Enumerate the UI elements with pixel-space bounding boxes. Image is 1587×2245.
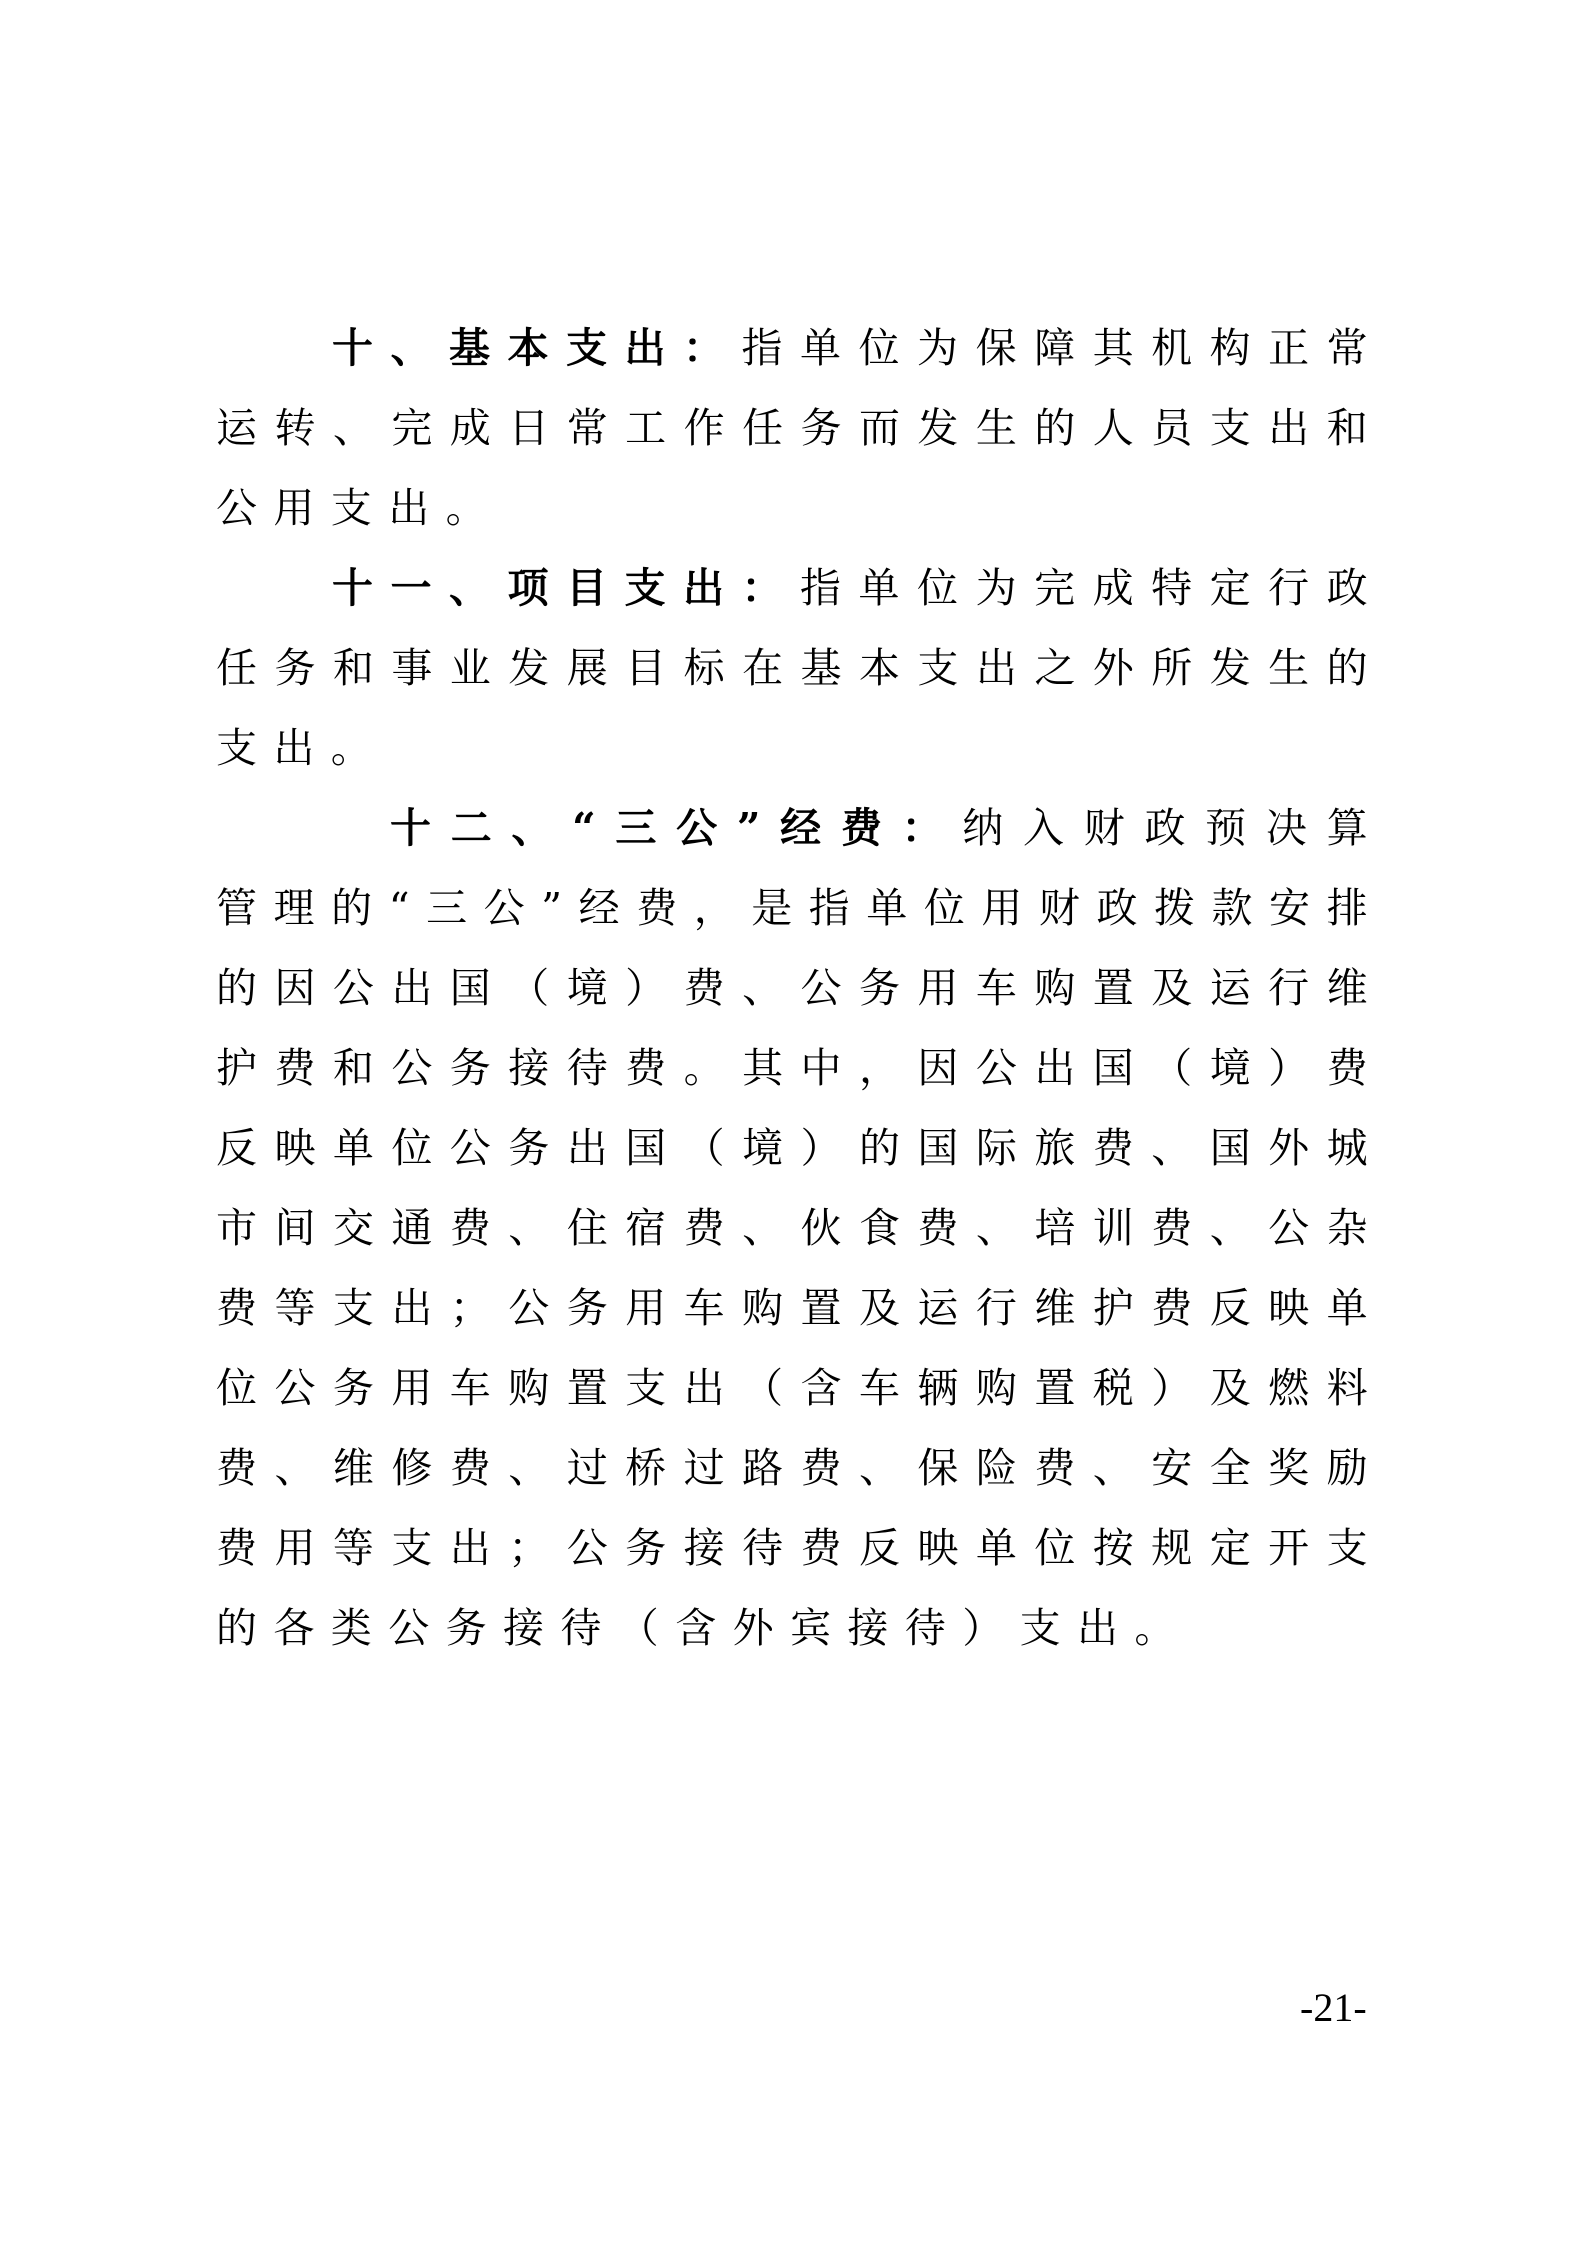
paragraph-heading: 十一、项目支出： [332,564,800,612]
page-number: -21- [1300,1984,1367,2032]
paragraph-project-expenditure: 十一、项目支出：指单位为完成特定行政任务和事业发展目标在基本支出之外所发生的支出… [216,548,1384,788]
paragraph-text: 纳入财政预决算管理的“三公”经费，是指单位用财政拨款安排的因公出国（境）费、公务… [216,804,1384,1652]
paragraph-basic-expenditure: 十、基本支出：指单位为保障其机构正常运转、完成日常工作任务而发生的人员支出和公用… [216,308,1384,548]
paragraph-three-public-expenses: 十二、“三公”经费：纳入财政预决算管理的“三公”经费，是指单位用财政拨款安排的因… [216,788,1384,1668]
document-body: 十、基本支出：指单位为保障其机构正常运转、完成日常工作任务而发生的人员支出和公用… [216,308,1384,1668]
paragraph-heading: 十二、“三公”经费： [390,804,962,852]
paragraph-heading: 十、基本支出： [332,324,742,372]
